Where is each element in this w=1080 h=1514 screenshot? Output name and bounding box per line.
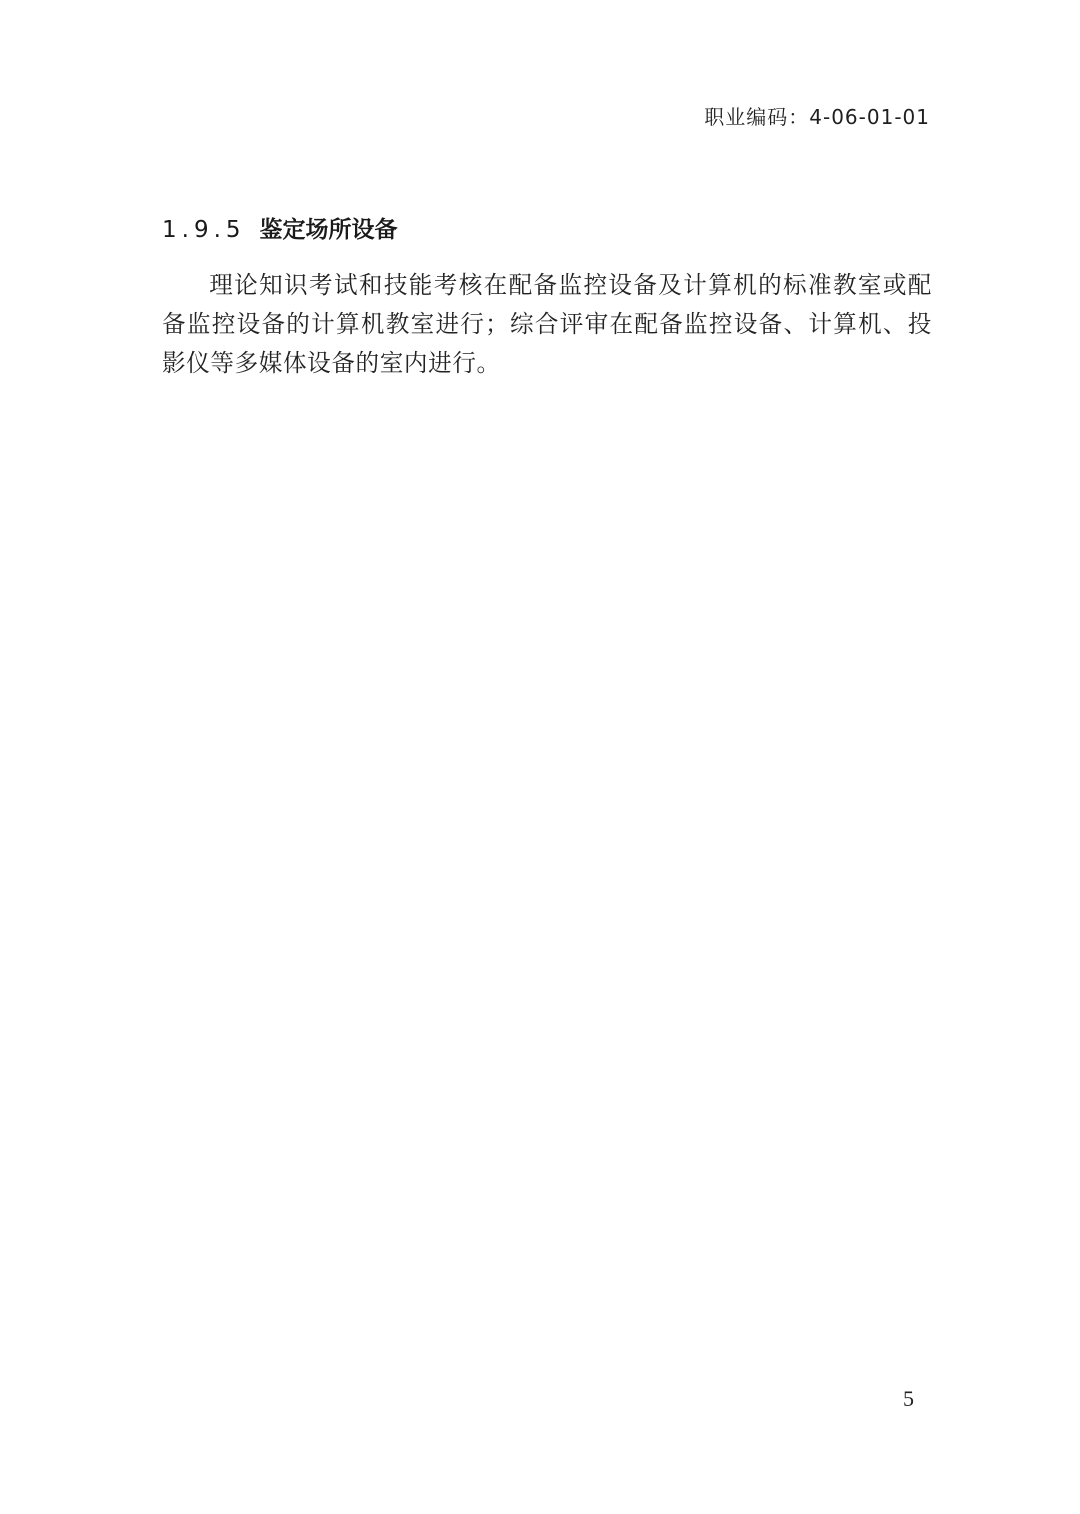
section-paragraph: 理论知识考试和技能考核在配备监控设备及计算机的标准教室或配备监控设备的计算机教室…	[162, 266, 932, 383]
section-number: 1.9.5	[162, 217, 246, 243]
page-number: 5	[903, 1386, 914, 1412]
occupation-code-header: 职业编码：4-06-01-01	[704, 101, 930, 130]
section-title: 鉴定场所设备	[260, 217, 398, 243]
section-heading: 1.9.5鉴定场所设备	[162, 211, 398, 244]
